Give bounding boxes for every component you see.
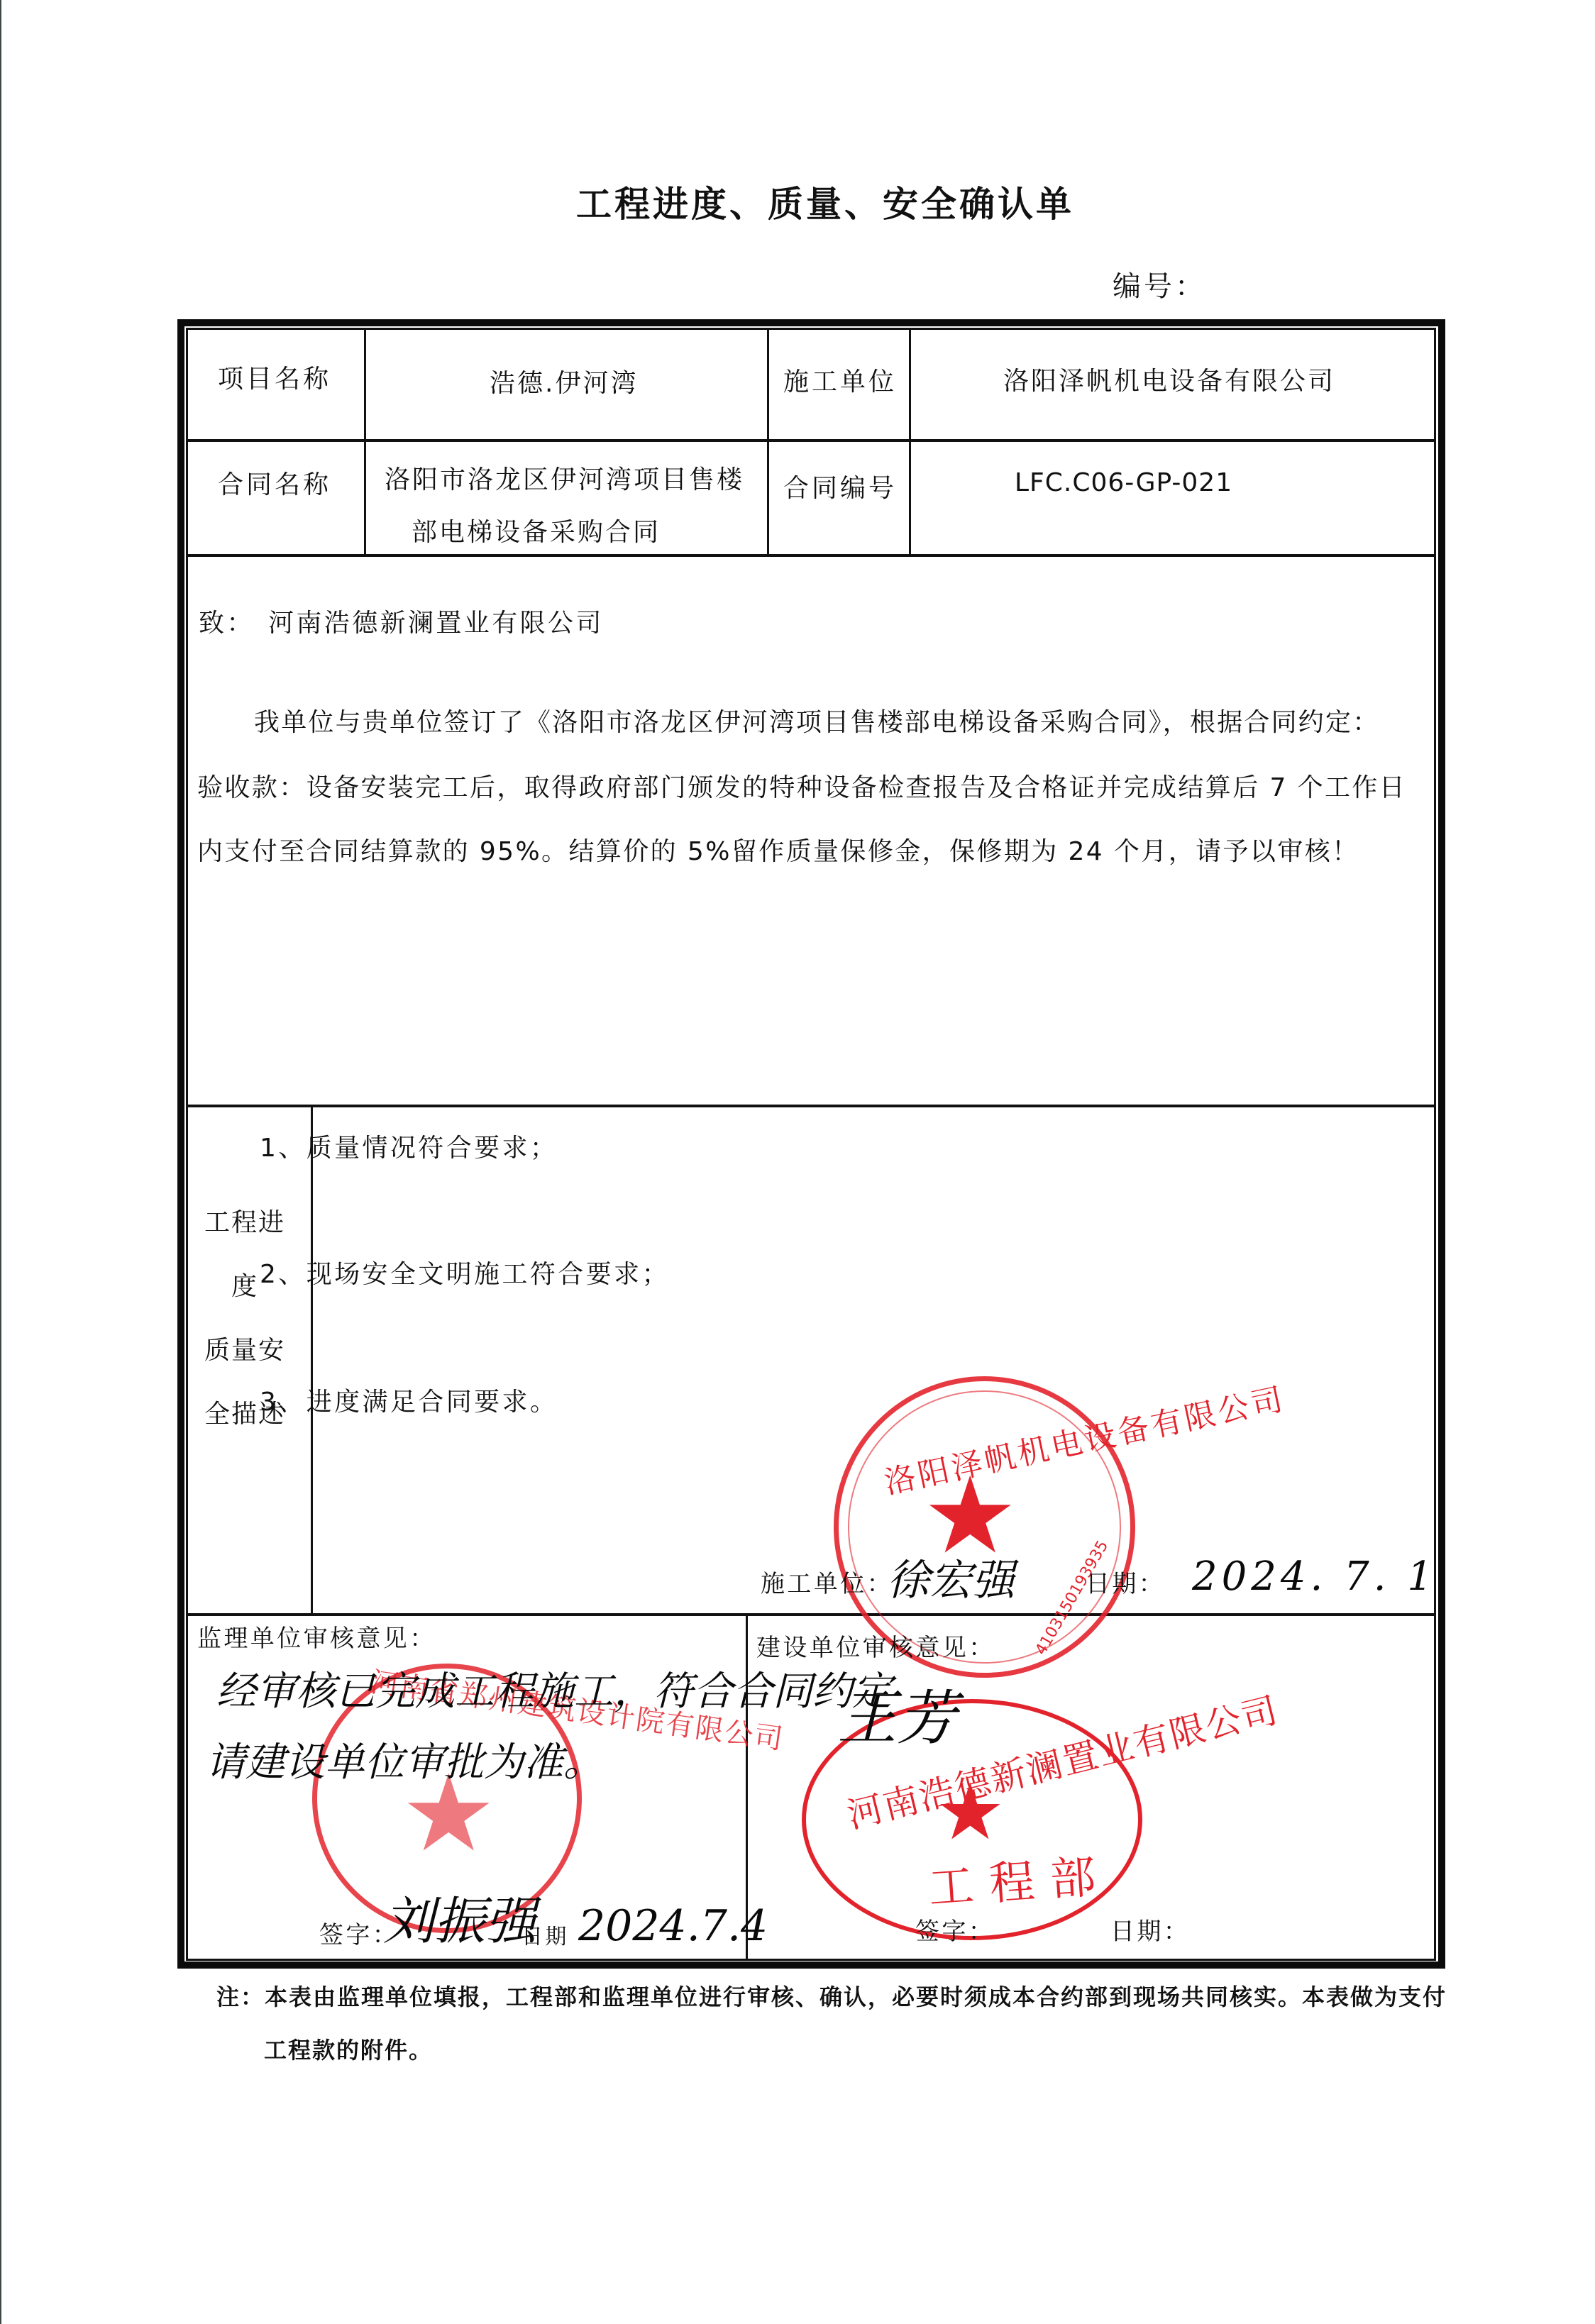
desc-item-1: 1、质量情况符合要求； [260, 1128, 558, 1164]
col-divider-3 [909, 328, 911, 555]
desc-item-2: 2、现场安全文明施工符合要求； [260, 1254, 670, 1290]
col-divider-1 [364, 328, 366, 555]
owner-sign-label: 签字： [915, 1912, 995, 1947]
desc-label-line1: 工程进 [195, 1202, 294, 1239]
contractor-sign-label: 施工单位： [761, 1564, 893, 1599]
supervisor-opinion-line2: 请建设单位审批为准。 [206, 1731, 603, 1788]
project-name-label: 项目名称 [218, 359, 331, 395]
supervisor-review-label: 监理单位审核意见： [197, 1619, 436, 1654]
to-label: 致： [199, 603, 255, 639]
document-title: 工程进度、质量、安全确认单 [576, 176, 1074, 227]
supervisor-signature: 刘振强 [383, 1880, 536, 1954]
contract-name-value-line2: 部电梯设备采购合同 [412, 512, 661, 548]
contractor-date-label: 日期： [1086, 1564, 1165, 1599]
owner-stamp-star-icon: ★ [935, 1766, 1005, 1857]
letter-paragraph-line1: 我单位与贵单位签订了《洛阳市洛龙区伊河湾项目售楼部电梯设备采购合同》，根据合同约… [254, 702, 1379, 738]
letter-paragraph-line3: 内支付至合同结算款的 95%。结算价的 5%留作质量保修金，保修期为 24 个月… [197, 831, 1359, 868]
contractor-date: 2024. 7. 1 [1192, 1554, 1437, 1600]
contractor-value: 洛阳泽帆机电设备有限公司 [1003, 361, 1335, 397]
contract-number-value: LFC.C06-GP-021 [1015, 468, 1232, 497]
contractor-signature: 徐宏强 [887, 1546, 1015, 1608]
owner-stamp-dept: 工程部 [926, 1839, 1113, 1918]
supervisor-date-label: 日期 [521, 1919, 569, 1950]
owner-date-label: 日期： [1110, 1912, 1190, 1947]
to-recipient: 河南浩德新澜置业有限公司 [268, 603, 604, 639]
row-divider-4 [186, 1613, 1436, 1616]
row-divider-1 [186, 439, 1436, 442]
page-edge [0, 0, 1, 2324]
supervisor-opinion-line1: 经审核已完成工程施工，符合合同约定 [216, 1660, 892, 1717]
desc-col-divider [311, 1106, 313, 1615]
row-divider-3 [186, 1105, 1436, 1107]
row-divider-2 [186, 554, 1436, 557]
project-name-value: 浩德.伊河湾 [490, 363, 638, 399]
col-divider-2 [767, 328, 769, 555]
letter-paragraph-line2: 验收款：设备安装完工后，取得政府部门颁发的特种设备检查报告及合格证并完成结算后 … [197, 768, 1406, 804]
contract-name-label: 合同名称 [218, 465, 331, 501]
serial-number-label: 编号： [1113, 264, 1206, 304]
footnote-line1: 注：本表由监理单位填报，工程部和监理单位进行审核、确认，必要时须成本合约部到现场… [216, 1979, 1447, 2012]
desc-label-line3: 质量安 [195, 1330, 294, 1366]
supervisor-date: 2024.7.4 [578, 1901, 768, 1951]
footnote-line2: 工程款的附件。 [264, 2032, 433, 2065]
contractor-label: 施工单位 [783, 362, 897, 398]
owner-review-label: 建设单位审核意见： [756, 1628, 995, 1663]
contract-number-label: 合同编号 [783, 468, 897, 504]
desc-item-3: 3、进度满足合同要求。 [260, 1382, 558, 1418]
contract-name-value-line1: 洛阳市洛龙区伊河湾项目售楼 [385, 460, 744, 496]
owner-signature: 王芳 [837, 1671, 956, 1756]
